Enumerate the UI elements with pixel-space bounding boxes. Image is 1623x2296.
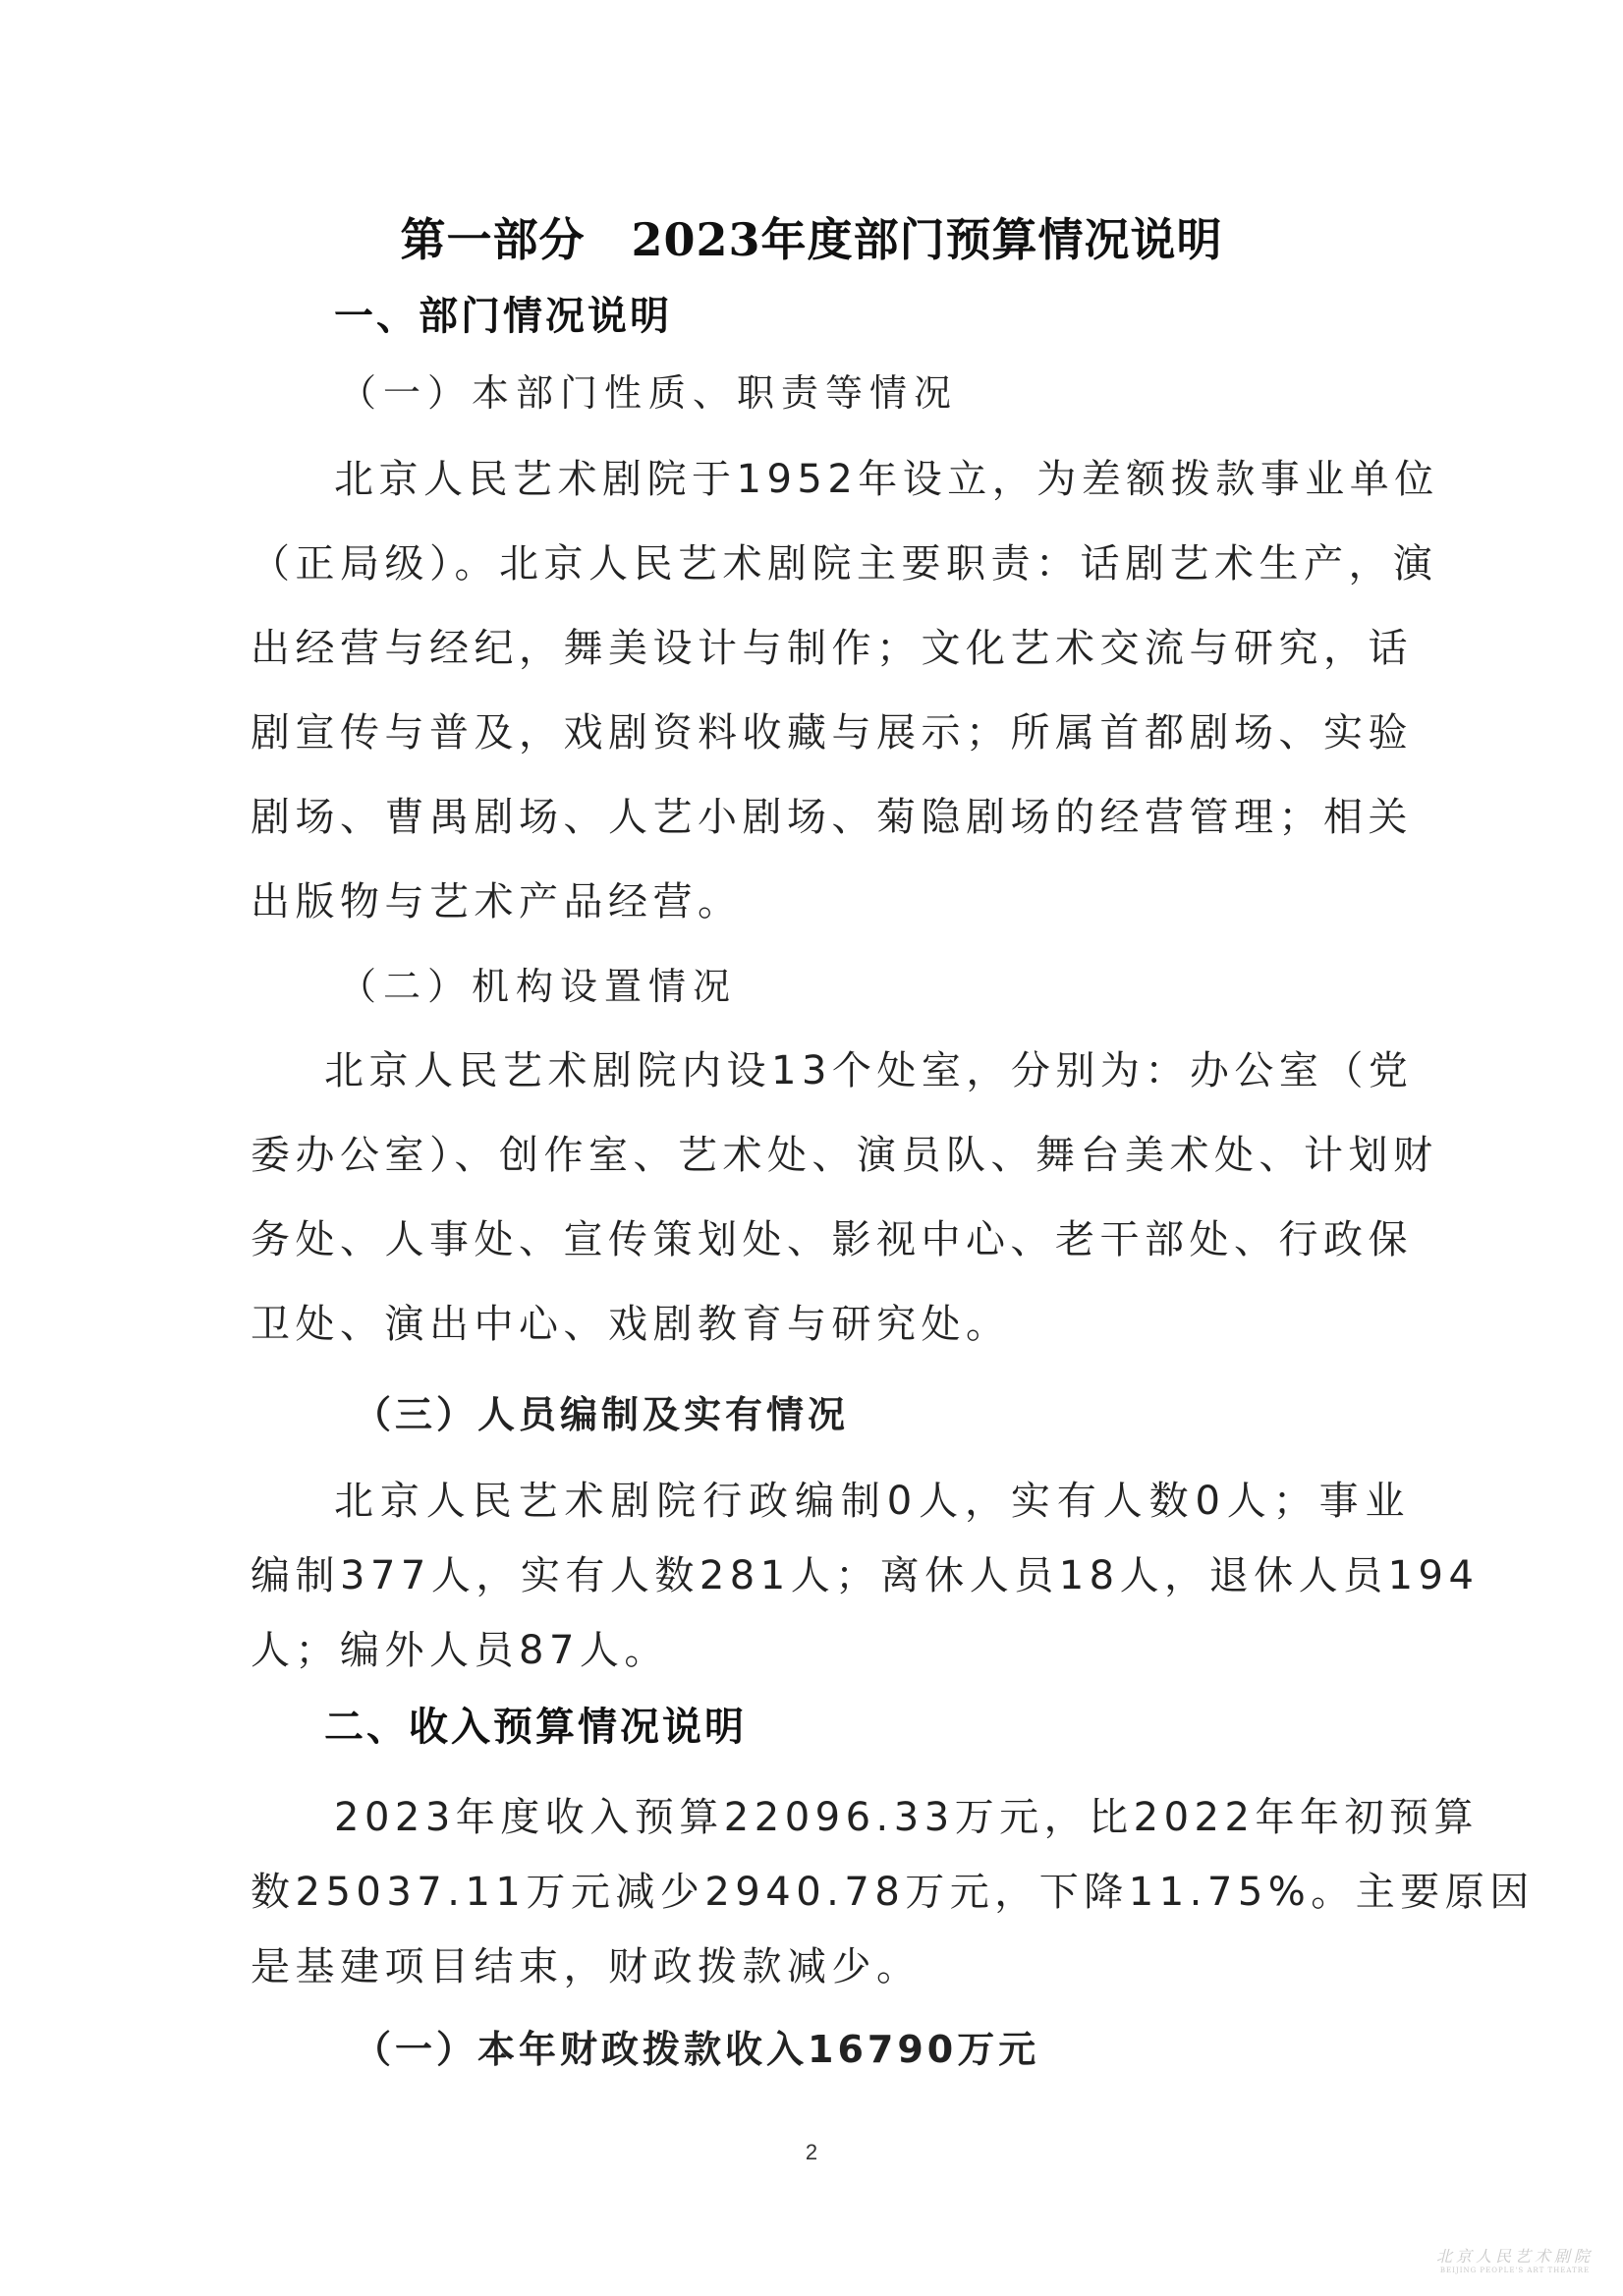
paragraph-line: 编制377人，实有人数281人；离休人员18人，退休人员194 — [251, 1548, 1410, 1603]
paragraph-line: 务处、人事处、宣传策划处、影视中心、老干部处、行政保 — [251, 1212, 1410, 1267]
paragraph-line: 北京人民艺术剧院行政编制0人，实有人数0人；事业 — [334, 1474, 1410, 1529]
subsection-heading-organization: （二）机构设置情况 — [339, 959, 737, 1014]
watermark-sub-text: BEIJING PEOPLE'S ART THEATRE — [1436, 2267, 1594, 2274]
paragraph-line: 卫处、演出中心、戏剧教育与研究处。 — [251, 1297, 1410, 1352]
document-title: 第一部分 2023年度部门预算情况说明 — [0, 208, 1623, 271]
paragraph-line: （正局级）。北京人民艺术剧院主要职责：话剧艺术生产，演 — [251, 536, 1410, 591]
paragraph-line: 北京人民艺术剧院内设13个处室，分别为：办公室（党 — [324, 1043, 1410, 1098]
paragraph-line: 数25037.11万元减少2940.78万元，下降11.75%。主要原因 — [251, 1865, 1410, 1920]
paragraph-line: 剧宣传与普及，戏剧资料收藏与展示；所属首都剧场、实验 — [251, 705, 1410, 760]
theatre-watermark-logo: 北京人民艺术剧院 BEIJING PEOPLE'S ART THEATRE — [1436, 2244, 1594, 2274]
watermark-main-text: 北京人民艺术剧院 — [1436, 2244, 1594, 2267]
paragraph-line: 委办公室）、创作室、艺术处、演员队、舞台美术处、计划财 — [251, 1128, 1410, 1183]
paragraph-line: 剧场、曹禺剧场、人艺小剧场、菊隐剧场的经营管理；相关 — [251, 790, 1410, 845]
page-number: 2 — [0, 2140, 1623, 2165]
section-heading-income-budget: 二、收入预算情况说明 — [324, 1700, 747, 1755]
paragraph-line: 人；编外人员87人。 — [251, 1623, 1410, 1678]
paragraph-line: 出版物与艺术产品经营。 — [251, 874, 1410, 929]
paragraph-line: 2023年度收入预算22096.33万元，比2022年年初预算 — [334, 1790, 1410, 1845]
paragraph-line: 出经营与经纪，舞美设计与制作；文化艺术交流与研究，话 — [251, 621, 1410, 676]
paragraph-line: 北京人民艺术剧院于1952年设立，为差额拨款事业单位 — [334, 452, 1410, 507]
subsection-heading-staffing: （三）人员编制及实有情况 — [354, 1387, 849, 1442]
subsection-heading-nature-duties: （一）本部门性质、职责等情况 — [339, 365, 958, 420]
subsection-heading-fiscal-appropriation: （一）本年财政拨款收入16790万元 — [354, 2022, 1039, 2077]
section-heading-department-overview: 一、部门情况说明 — [334, 289, 672, 344]
document-page: 第一部分 2023年度部门预算情况说明 一、部门情况说明 （一）本部门性质、职责… — [0, 0, 1623, 2296]
paragraph-line: 是基建项目结束，财政拨款减少。 — [251, 1939, 1410, 1994]
